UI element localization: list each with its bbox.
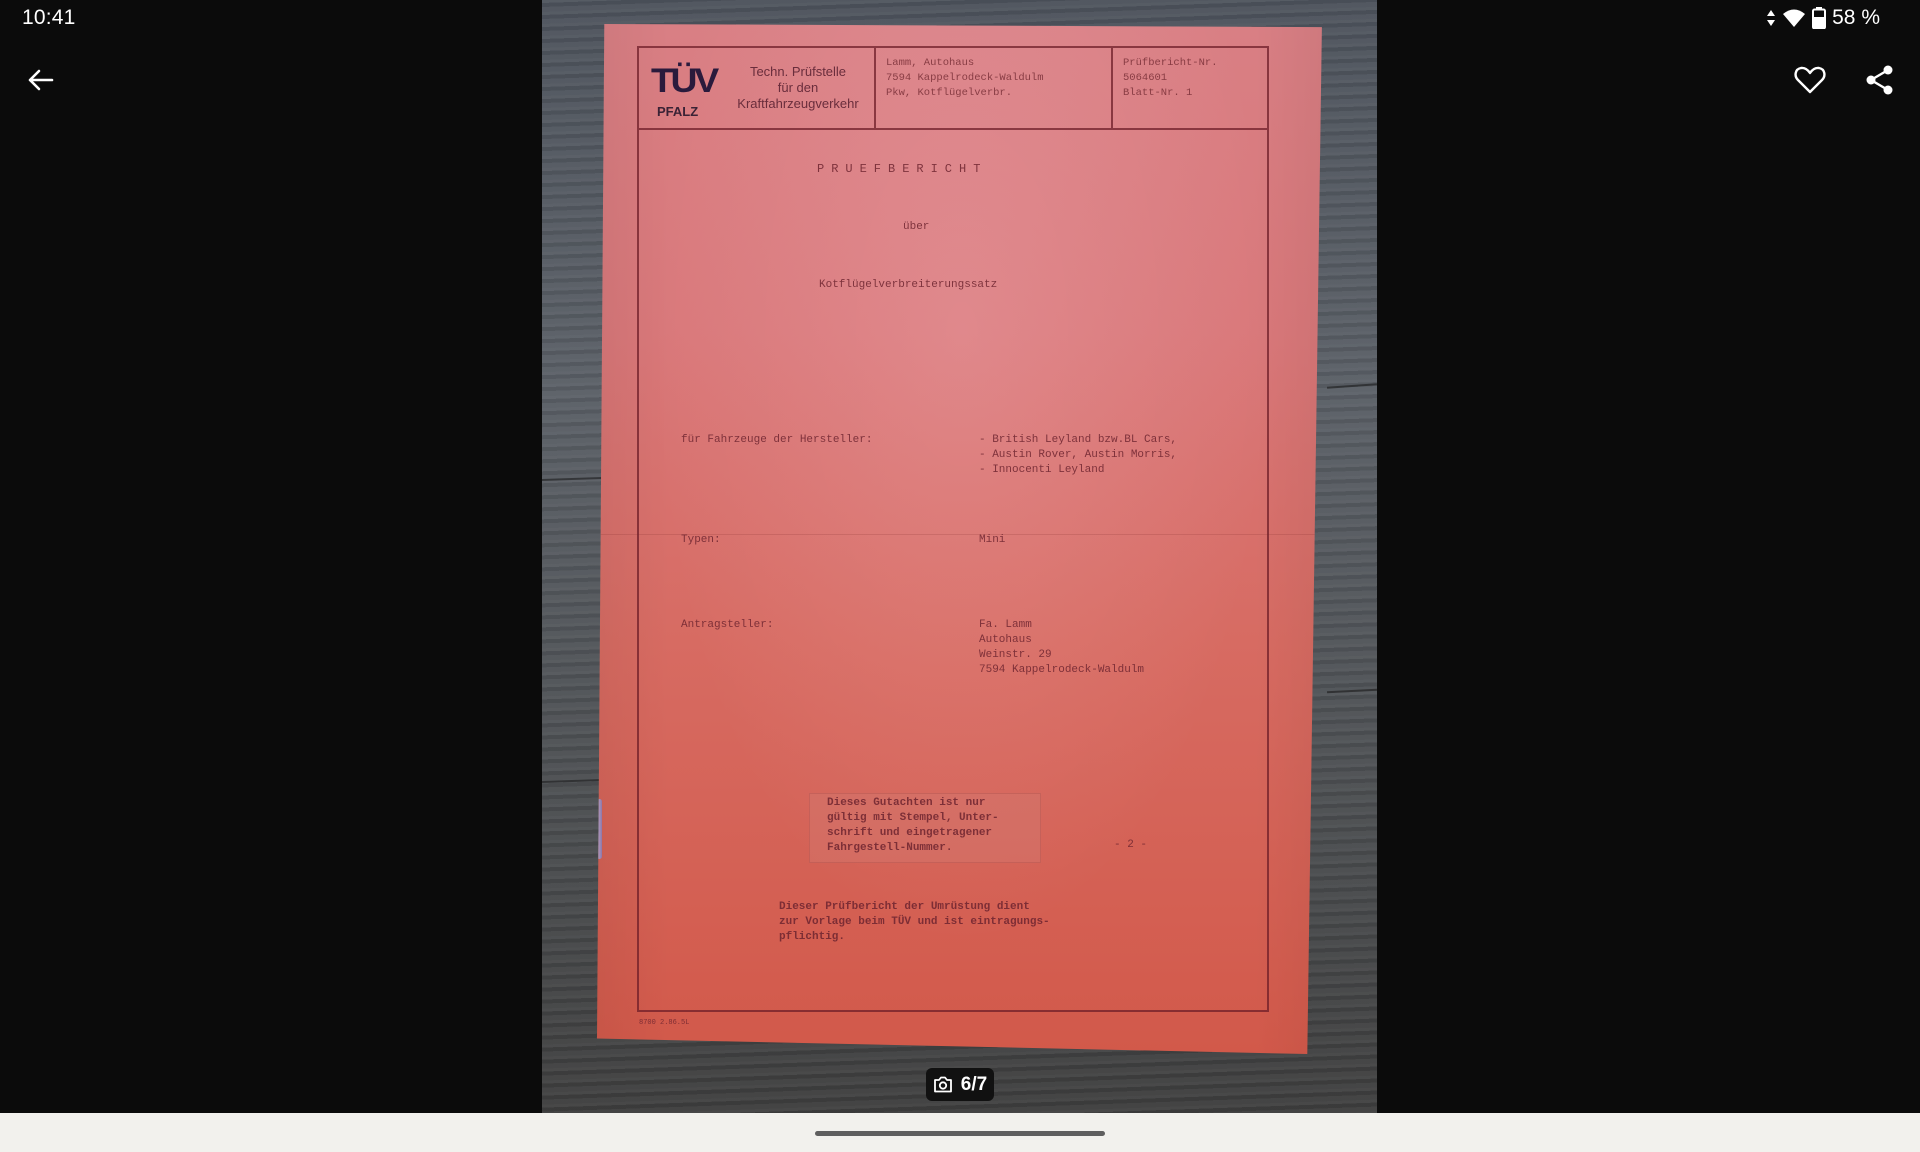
photo-viewer[interactable]: TÜV PFALZ Techn. Prüfstelle für den Kraf…: [542, 0, 1377, 1113]
address-line: Pkw, Kotflügelverbr.: [886, 87, 1012, 99]
manufacturer-item: - Austin Rover, Austin Morris,: [979, 449, 1177, 461]
notice-line: Dieses Gutachten ist nur: [827, 797, 985, 809]
applicant-line: 7594 Kappelrodeck-Waldulm: [979, 664, 1144, 676]
issuer-line: Techn. Prüfstelle: [723, 64, 873, 80]
manufacturer-item: - Innocenti Leyland: [979, 464, 1104, 476]
counter-text: 6/7: [961, 1074, 987, 1096]
reference-cell: Prüfbericht-Nr. 5064601 Blatt-Nr. 1: [1111, 48, 1266, 128]
heart-outline-icon: [1794, 66, 1826, 94]
reference-line: Prüfbericht-Nr.: [1123, 57, 1218, 69]
footer-line: Dieser Prüfbericht der Umrüstung dient: [779, 901, 1030, 913]
notice-line: Fahrgestell-Nummer.: [827, 842, 952, 854]
applicant-line: Autohaus: [979, 634, 1032, 646]
battery-percent: 58 %: [1832, 6, 1880, 30]
issuer-line: Kraftfahrzeugverkehr: [723, 96, 873, 112]
binding-hole: [597, 294, 602, 354]
notice-line: schrift und eingetragener: [827, 827, 992, 839]
image-counter: 6/7: [926, 1068, 994, 1101]
status-icons: 58 %: [1766, 6, 1880, 30]
document-subtitle: über: [903, 220, 929, 235]
applicant-address: Fa. Lamm Autohaus Weinstr. 29 7594 Kappe…: [979, 618, 1144, 678]
address-cell: Lamm, Autohaus 7594 Kappelrodeck-Waldulm…: [874, 48, 1113, 128]
notice-line: gültig mit Stempel, Unter-: [827, 812, 999, 824]
document-frame: TÜV PFALZ Techn. Prüfstelle für den Kraf…: [637, 46, 1269, 1012]
share-button[interactable]: [1856, 56, 1904, 104]
wood-seam: [1327, 689, 1377, 694]
binding-hole: [597, 799, 602, 859]
wood-seam: [1327, 383, 1377, 388]
types-value: Mini: [979, 533, 1005, 548]
tuv-region: PFALZ: [657, 104, 698, 119]
address-line: 7594 Kappelrodeck-Waldulm: [886, 72, 1044, 84]
back-button[interactable]: [16, 56, 64, 104]
share-icon: [1865, 65, 1895, 95]
types-label: Typen:: [681, 533, 721, 548]
document-header: TÜV PFALZ Techn. Prüfstelle für den Kraf…: [639, 48, 1267, 130]
issuer-line: für den: [723, 80, 873, 96]
data-transfer-icon: [1766, 9, 1776, 27]
logo-cell: TÜV PFALZ Techn. Prüfstelle für den Kraf…: [639, 48, 876, 128]
applicant-line: Fa. Lamm: [979, 619, 1032, 631]
footer-line: zur Vorlage beim TÜV und ist eintragungs…: [779, 916, 1050, 928]
tuv-logo: TÜV: [651, 62, 716, 101]
gesture-nav-bar: [0, 1113, 1920, 1152]
footer-note: Dieser Prüfbericht der Umrüstung dient z…: [779, 900, 1050, 945]
reference-line: 5064601: [1123, 72, 1167, 84]
validity-notice: Dieses Gutachten ist nur gültig mit Stem…: [827, 796, 999, 856]
applicant-line: Weinstr. 29: [979, 649, 1052, 661]
page-marker: - 2 -: [1114, 838, 1147, 853]
home-handle[interactable]: [815, 1131, 1105, 1136]
wood-seam: [542, 477, 602, 481]
wood-seam: [542, 779, 602, 783]
applicant-label: Antragsteller:: [681, 618, 773, 633]
manufacturer-item: - British Leyland bzw.BL Cars,: [979, 434, 1177, 446]
arrow-left-icon: [26, 68, 54, 92]
battery-icon: [1812, 7, 1826, 29]
issuer-text: Techn. Prüfstelle für den Kraftfahrzeugv…: [723, 64, 873, 112]
reference-block: Prüfbericht-Nr. 5064601 Blatt-Nr. 1: [1123, 56, 1218, 101]
manufacturer-label: für Fahrzeuge der Hersteller:: [681, 433, 872, 448]
address-line: Lamm, Autohaus: [886, 57, 974, 69]
address-block: Lamm, Autohaus 7594 Kappelrodeck-Waldulm…: [886, 56, 1044, 101]
favorite-button[interactable]: [1786, 56, 1834, 104]
reference-line: Blatt-Nr. 1: [1123, 87, 1192, 99]
clock: 10:41: [22, 6, 76, 30]
footer-line: pflichtig.: [779, 931, 845, 943]
form-code: 8700 2.86.5L: [639, 1016, 689, 1031]
camera-icon: [933, 1076, 953, 1093]
document-subject: Kotflügelverbreiterungssatz: [819, 278, 997, 293]
manufacturer-list: - British Leyland bzw.BL Cars, - Austin …: [979, 433, 1177, 478]
wifi-icon: [1782, 8, 1806, 28]
document-paper: TÜV PFALZ Techn. Prüfstelle für den Kraf…: [597, 24, 1327, 1054]
document-title: PRUEFBERICHT: [817, 162, 987, 177]
